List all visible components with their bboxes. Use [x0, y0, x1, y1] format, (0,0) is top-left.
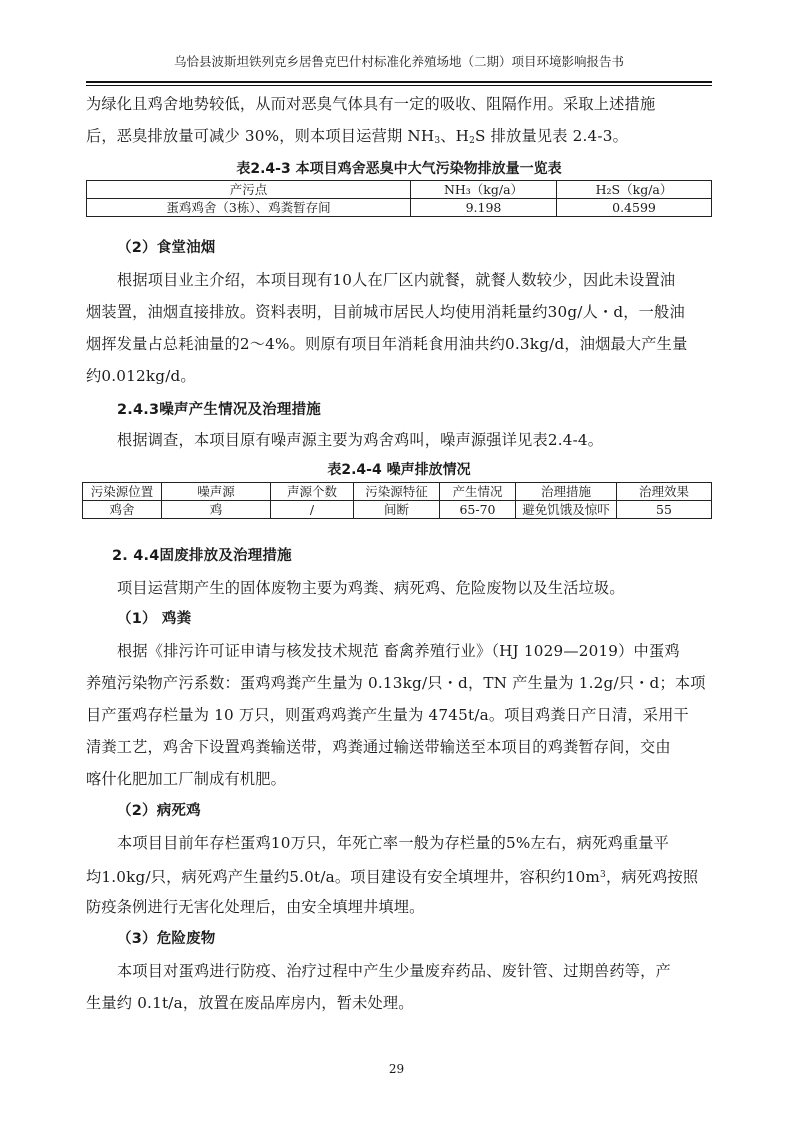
solid-waste-line: 项目运营期产生的固体废物主要为鸡粪、病死鸡、危险废物以及生活垃圾。	[117, 578, 743, 598]
table-2-4-3: 产污点 NH₃（kg/a） H₂S（kg/a） 蛋鸡鸡舍（3栋）、鸡粪暂存间 9…	[86, 180, 712, 217]
section-heading-oil-fume: （2）食堂油烟	[117, 238, 743, 258]
table-cell: 55	[617, 501, 712, 519]
table-cell: 鸡舍	[83, 501, 162, 519]
oil-line-3: 烟挥发量占总耗油量的2～4%。则原有项目年消耗食用油共约0.3kg/d，油烟最大…	[86, 334, 712, 354]
hazard-line-2: 生量约 0.1t/a，放置在废品库房内，暂未处理。	[86, 993, 712, 1013]
table-row: 蛋鸡鸡舍（3栋）、鸡粪暂存间 9.198 0.4599	[87, 199, 712, 217]
dead-line-1: 本项目目前年存栏蛋鸡10万只，年死亡率一般为存栏量的5%左右，病死鸡重量平	[117, 833, 743, 853]
table-header-cell: 噪声源	[162, 483, 271, 501]
manure-line-1: 根据《排污许可证申请与核发技术规范 畜禽养殖行业》（HJ 1029—2019）中…	[117, 641, 743, 661]
table-header-row: 产污点 NH₃（kg/a） H₂S（kg/a）	[87, 181, 712, 199]
subheading-hazardous-waste: （3）危险废物	[117, 929, 743, 949]
table-header-cell: H₂S（kg/a）	[557, 181, 712, 199]
table-cell: 0.4599	[557, 199, 712, 217]
table-2-4-4-caption: 表2.4-4 噪声排放情况	[86, 459, 712, 479]
table-cell: 鸡	[162, 501, 271, 519]
table-header-cell: NH₃（kg/a）	[411, 181, 557, 199]
header-rule-thick	[86, 81, 712, 83]
table-header-cell: 污染源位置	[83, 483, 162, 501]
hazard-line-1: 本项目对蛋鸡进行防疫、治疗过程中产生少量废弃药品、废针管、过期兽药等，产	[117, 961, 743, 981]
table-header-row: 污染源位置 噪声源 声源个数 污染源特征 产生情况 治理措施 治理效果	[83, 483, 712, 501]
intro-text: 后，恶臭排放量可减少 30%，则本项目运营期 NH	[86, 127, 434, 145]
section-heading-noise: 2.4.3噪声产生情况及治理措施	[117, 400, 743, 420]
table-header-cell: 治理效果	[617, 483, 712, 501]
table-header-cell: 声源个数	[271, 483, 354, 501]
table-cell: /	[271, 501, 354, 519]
header-rule-thin	[86, 85, 712, 86]
oil-line-4: 约0.012kg/d。	[86, 366, 712, 386]
section-heading-solid-waste: 2. 4.4固废排放及治理措施	[112, 546, 738, 566]
manure-line-2: 养殖污染物产污系数：蛋鸡鸡粪产生量为 0.13kg/只・d，TN 产生量为 1.…	[86, 673, 712, 693]
dead-text: 均1.0kg/只，病死鸡产生量约5.0t/a。项目建设有安全填埋井，容积约10m	[86, 868, 600, 886]
intro-text: 、H	[440, 127, 469, 145]
oil-line-1: 根据项目业主介绍，本项目现有10人在厂区内就餐，就餐人数较少，因此未设置油	[117, 270, 743, 290]
table-2-4-3-caption: 表2.4-3 本项目鸡舍恶臭中大气污染物排放量一览表	[86, 158, 712, 178]
page-number: 29	[0, 1062, 793, 1076]
table-cell: 9.198	[411, 199, 557, 217]
oil-line-2: 烟装置，油烟直接排放。资料表明，目前城市居民人均使用消耗量约30g/人・d，一般…	[86, 302, 712, 322]
manure-line-5: 喀什化肥加工厂制成有机肥。	[86, 769, 712, 789]
subheading-manure: （1） 鸡粪	[117, 609, 743, 629]
table-row: 鸡舍 鸡 / 间断 65-70 避免饥饿及惊吓 55	[83, 501, 712, 519]
table-cell: 65-70	[440, 501, 516, 519]
intro-line-2: 后，恶臭排放量可减少 30%，则本项目运营期 NH3、H2S 排放量见表 2.4…	[86, 126, 712, 151]
table-cell: 避免饥饿及惊吓	[516, 501, 617, 519]
manure-line-3: 目产蛋鸡存栏量为 10 万只，则蛋鸡鸡粪产生量为 4745t/a。项目鸡粪日产日…	[86, 705, 712, 725]
noise-line: 根据调查，本项目原有噪声源主要为鸡舍鸡叫，噪声源强详见表2.4-4。	[117, 430, 743, 450]
dead-line-2: 均1.0kg/只，病死鸡产生量约5.0t/a。项目建设有安全填埋井，容积约10m…	[86, 865, 712, 887]
table-cell: 蛋鸡鸡舍（3栋）、鸡粪暂存间	[87, 199, 411, 217]
intro-text: S 排放量见表 2.4-3。	[475, 127, 628, 145]
dead-line-3: 防疫条例进行无害化处理后，由安全填埋井填埋。	[86, 897, 712, 917]
intro-line-1: 为绿化且鸡舍地势较低，从而对恶臭气体具有一定的吸收、阻隔作用。采取上述措施	[86, 94, 712, 114]
table-header-cell: 产生情况	[440, 483, 516, 501]
subheading-dead-chickens: （2）病死鸡	[117, 801, 743, 821]
manure-line-4: 清粪工艺，鸡舍下设置鸡粪输送带，鸡粪通过输送带输送至本项目的鸡粪暂存间，交由	[86, 737, 712, 757]
dead-text: ，病死鸡按照	[606, 868, 698, 886]
table-2-4-4: 污染源位置 噪声源 声源个数 污染源特征 产生情况 治理措施 治理效果 鸡舍 鸡…	[82, 482, 712, 519]
table-cell: 间断	[354, 501, 440, 519]
table-header-cell: 治理措施	[516, 483, 617, 501]
table-header-cell: 产污点	[87, 181, 411, 199]
table-header-cell: 污染源特征	[354, 483, 440, 501]
running-header: 乌恰县波斯坦铁列克乡居鲁克巴什村标准化养殖场地（二期）项目环境影响报告书	[86, 52, 712, 70]
